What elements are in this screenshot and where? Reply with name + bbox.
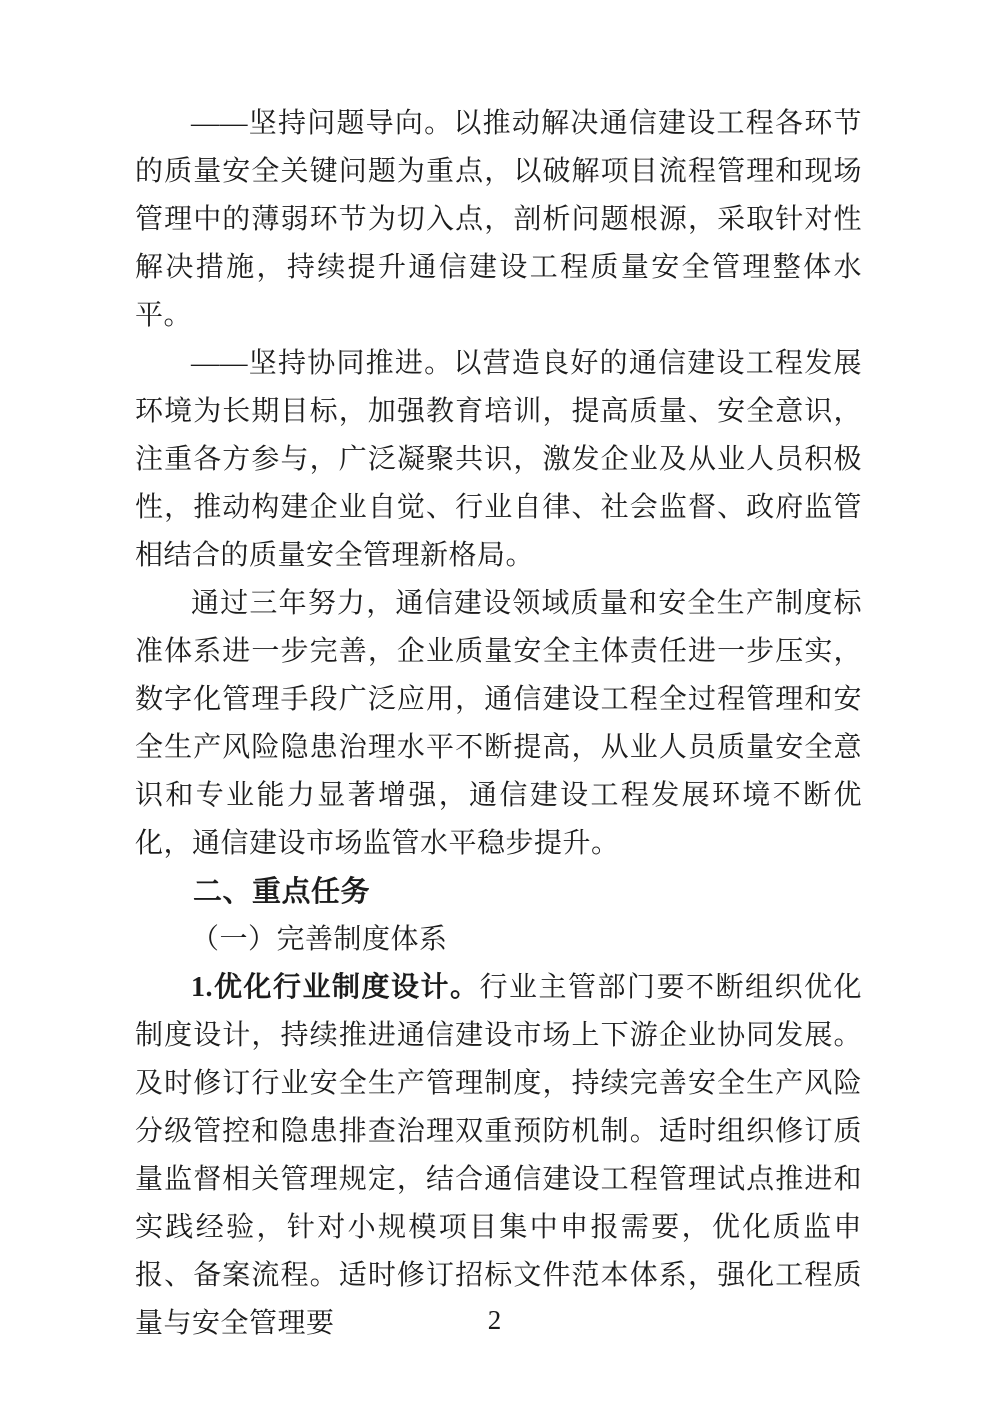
document-page: ——坚持问题导向。以推动解决通信建设工程各环节的质量安全关键问题为重点，以破解项… <box>0 0 989 1403</box>
document-body: ——坚持问题导向。以推动解决通信建设工程各环节的质量安全关键问题为重点，以破解项… <box>135 100 862 1348</box>
paragraph-optimize-industry-system: 1.优化行业制度设计。行业主管部门要不断组织优化制度设计，持续推进通信建设市场上… <box>135 964 862 1348</box>
subsection-heading-improve-system: （一）完善制度体系 <box>135 916 862 964</box>
numbered-item-text: 行业主管部门要不断组织优化制度设计，持续推进通信建设市场上下游企业协同发展。及时… <box>135 972 862 1339</box>
paragraph-problem-oriented: ——坚持问题导向。以推动解决通信建设工程各环节的质量安全关键问题为重点，以破解项… <box>135 100 862 340</box>
paragraph-collaborative-advance: ——坚持协同推进。以营造良好的通信建设工程发展环境为长期目标，加强教育培训，提高… <box>135 340 862 580</box>
numbered-item-lead: 1.优化行业制度设计。 <box>191 972 480 1003</box>
page-number: 2 <box>0 1300 989 1340</box>
paragraph-three-year-goals: 通过三年努力，通信建设领域质量和安全生产制度标准体系进一步完善，企业质量安全主体… <box>135 580 862 868</box>
section-heading-key-tasks: 二、重点任务 <box>135 868 862 916</box>
